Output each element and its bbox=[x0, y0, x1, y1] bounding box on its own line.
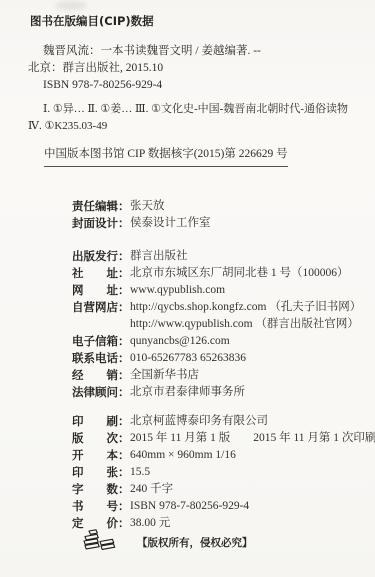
format-value: 640mm × 960mm 1/16 bbox=[130, 449, 236, 461]
scan-smudge bbox=[55, 1, 87, 10]
sheets-value: 15.5 bbox=[130, 466, 150, 478]
row-format: 开 本：640mm × 960mm 1/16 bbox=[72, 447, 375, 464]
book-number-value: ISBN 978-7-80256-929-4 bbox=[130, 500, 249, 512]
cip-title-line: 魏晋风流：一本书读魏晋文明 / 姜越编著. -- bbox=[28, 43, 375, 60]
editor-value: 张天放 bbox=[130, 200, 165, 212]
publisher-label: 出版发行： bbox=[72, 248, 130, 265]
website-value: www.qypublish.com bbox=[130, 284, 225, 296]
row-website: 网 址：www.qypublish.com bbox=[72, 282, 375, 299]
cip-classification: Ⅰ. ①异… Ⅱ. ①姜… Ⅲ. ①文化史-中国-魏晋南北朝时代-通俗读物 Ⅳ.… bbox=[28, 101, 375, 135]
format-label: 开 本： bbox=[72, 447, 130, 464]
price-value: 38.00 元 bbox=[130, 517, 170, 529]
printing-section: 印 刷：北京柯蓝博泰印务有限公司 版 次：2015 年 11 月第 1 版 20… bbox=[72, 413, 375, 532]
cip-header: 图书在版编目(CIP)数据 bbox=[30, 13, 375, 30]
row-online-store: 自营网店：http://qycbs.shop.kongfz.com （孔夫子旧书… bbox=[72, 299, 375, 316]
cip-publisher-line: 北京：群言出版社, 2015.10 bbox=[28, 60, 375, 77]
row-distribution: 经 销：全国新华书店 bbox=[72, 367, 375, 384]
row-word-count: 字 数：240 千字 bbox=[72, 481, 375, 498]
cip-record: 魏晋风流：一本书读魏晋文明 / 姜越编著. -- 北京：群言出版社, 2015.… bbox=[28, 43, 375, 94]
email-value: qunyancbs@126.com bbox=[130, 335, 230, 347]
cip-registration-number-text: 中国版本图书馆 CIP 数据核字(2015)第 226629 号 bbox=[44, 146, 288, 167]
printer-label: 印 刷： bbox=[72, 413, 130, 430]
publishing-section: 出版发行：群言出版社 社 址：北京市东城区东厂胡同北巷 1 号（100006） … bbox=[72, 248, 375, 401]
word-count-value: 240 千字 bbox=[130, 483, 173, 495]
row-book-number: 书 号：ISBN 978-7-80256-929-4 bbox=[72, 498, 375, 515]
row-phone: 联系电话：010-65267783 65263836 bbox=[72, 350, 375, 367]
row-editor: 责任编辑：张天放 bbox=[72, 198, 375, 215]
books-stack-icon bbox=[80, 529, 117, 552]
row-publisher: 出版发行：群言出版社 bbox=[72, 248, 375, 265]
edition-value: 2015 年 11 月第 1 版 2015 年 11 月第 1 次印刷 bbox=[130, 432, 375, 444]
printer-value: 北京柯蓝博泰印务有限公司 bbox=[130, 415, 268, 427]
legal-counsel-label: 法律顾问： bbox=[72, 384, 130, 401]
book-number-label: 书 号： bbox=[72, 498, 130, 515]
phone-label: 联系电话： bbox=[72, 350, 130, 367]
classification-line-2: Ⅳ. ①K235.03-49 bbox=[28, 118, 375, 135]
cover-design-value: 侯泰设计工作室 bbox=[130, 217, 211, 229]
row-printer: 印 刷：北京柯蓝博泰印务有限公司 bbox=[72, 413, 375, 430]
online-store-label: 自营网店： bbox=[72, 299, 130, 316]
email-label: 电子信箱： bbox=[72, 333, 130, 350]
distribution-value: 全国新华书店 bbox=[130, 369, 199, 381]
edition-label: 版 次： bbox=[72, 430, 130, 447]
online-store-url-1: http://qycbs.shop.kongfz.com （孔夫子旧书网） bbox=[130, 301, 361, 313]
copyright-row: 【版权所有，侵权必究】 bbox=[80, 535, 375, 552]
sheets-label: 印 张： bbox=[72, 464, 130, 481]
row-edition: 版 次：2015 年 11 月第 1 版 2015 年 11 月第 1 次印刷 bbox=[72, 430, 375, 447]
row-cover-design: 封面设计：侯泰设计工作室 bbox=[72, 215, 375, 232]
editor-label: 责任编辑： bbox=[72, 198, 130, 215]
address-label: 社 址： bbox=[72, 265, 130, 282]
row-email: 电子信箱：qunyancbs@126.com bbox=[72, 333, 375, 350]
publisher-value: 群言出版社 bbox=[130, 250, 188, 262]
address-value: 北京市东城区东厂胡同北巷 1 号（100006） bbox=[130, 267, 349, 279]
online-store-url-2: http://www.qypublish.com （群言出版社官网） bbox=[130, 318, 359, 330]
cip-isbn-line: ISBN 978-7-80256-929-4 bbox=[28, 77, 375, 94]
row-legal-counsel: 法律顾问：北京市君泰律师事务所 bbox=[72, 384, 375, 401]
copyright-notice: 【版权所有，侵权必究】 bbox=[137, 535, 253, 552]
row-address: 社 址：北京市东城区东厂胡同北巷 1 号（100006） bbox=[72, 265, 375, 282]
staff-section: 责任编辑：张天放 封面设计：侯泰设计工作室 bbox=[72, 198, 375, 232]
row-sheets: 印 张：15.5 bbox=[72, 464, 375, 481]
word-count-label: 字 数： bbox=[72, 481, 130, 498]
cip-page: 图书在版编目(CIP)数据 魏晋风流：一本书读魏晋文明 / 姜越编著. -- 北… bbox=[0, 13, 375, 552]
row-online-store-line2: http://www.qypublish.com （群言出版社官网） bbox=[72, 316, 375, 333]
row-price: 定 价：38.00 元 bbox=[72, 515, 375, 532]
classification-line-1: Ⅰ. ①异… Ⅱ. ①姜… Ⅲ. ①文化史-中国-魏晋南北朝时代-通俗读物 bbox=[28, 101, 375, 118]
cip-registration-number: 中国版本图书馆 CIP 数据核字(2015)第 226629 号 bbox=[44, 146, 375, 167]
phone-value: 010-65267783 65263836 bbox=[130, 352, 246, 364]
cover-design-label: 封面设计： bbox=[72, 215, 130, 232]
distribution-label: 经 销： bbox=[72, 367, 130, 384]
legal-counsel-value: 北京市君泰律师事务所 bbox=[130, 386, 245, 398]
website-label: 网 址： bbox=[72, 282, 130, 299]
